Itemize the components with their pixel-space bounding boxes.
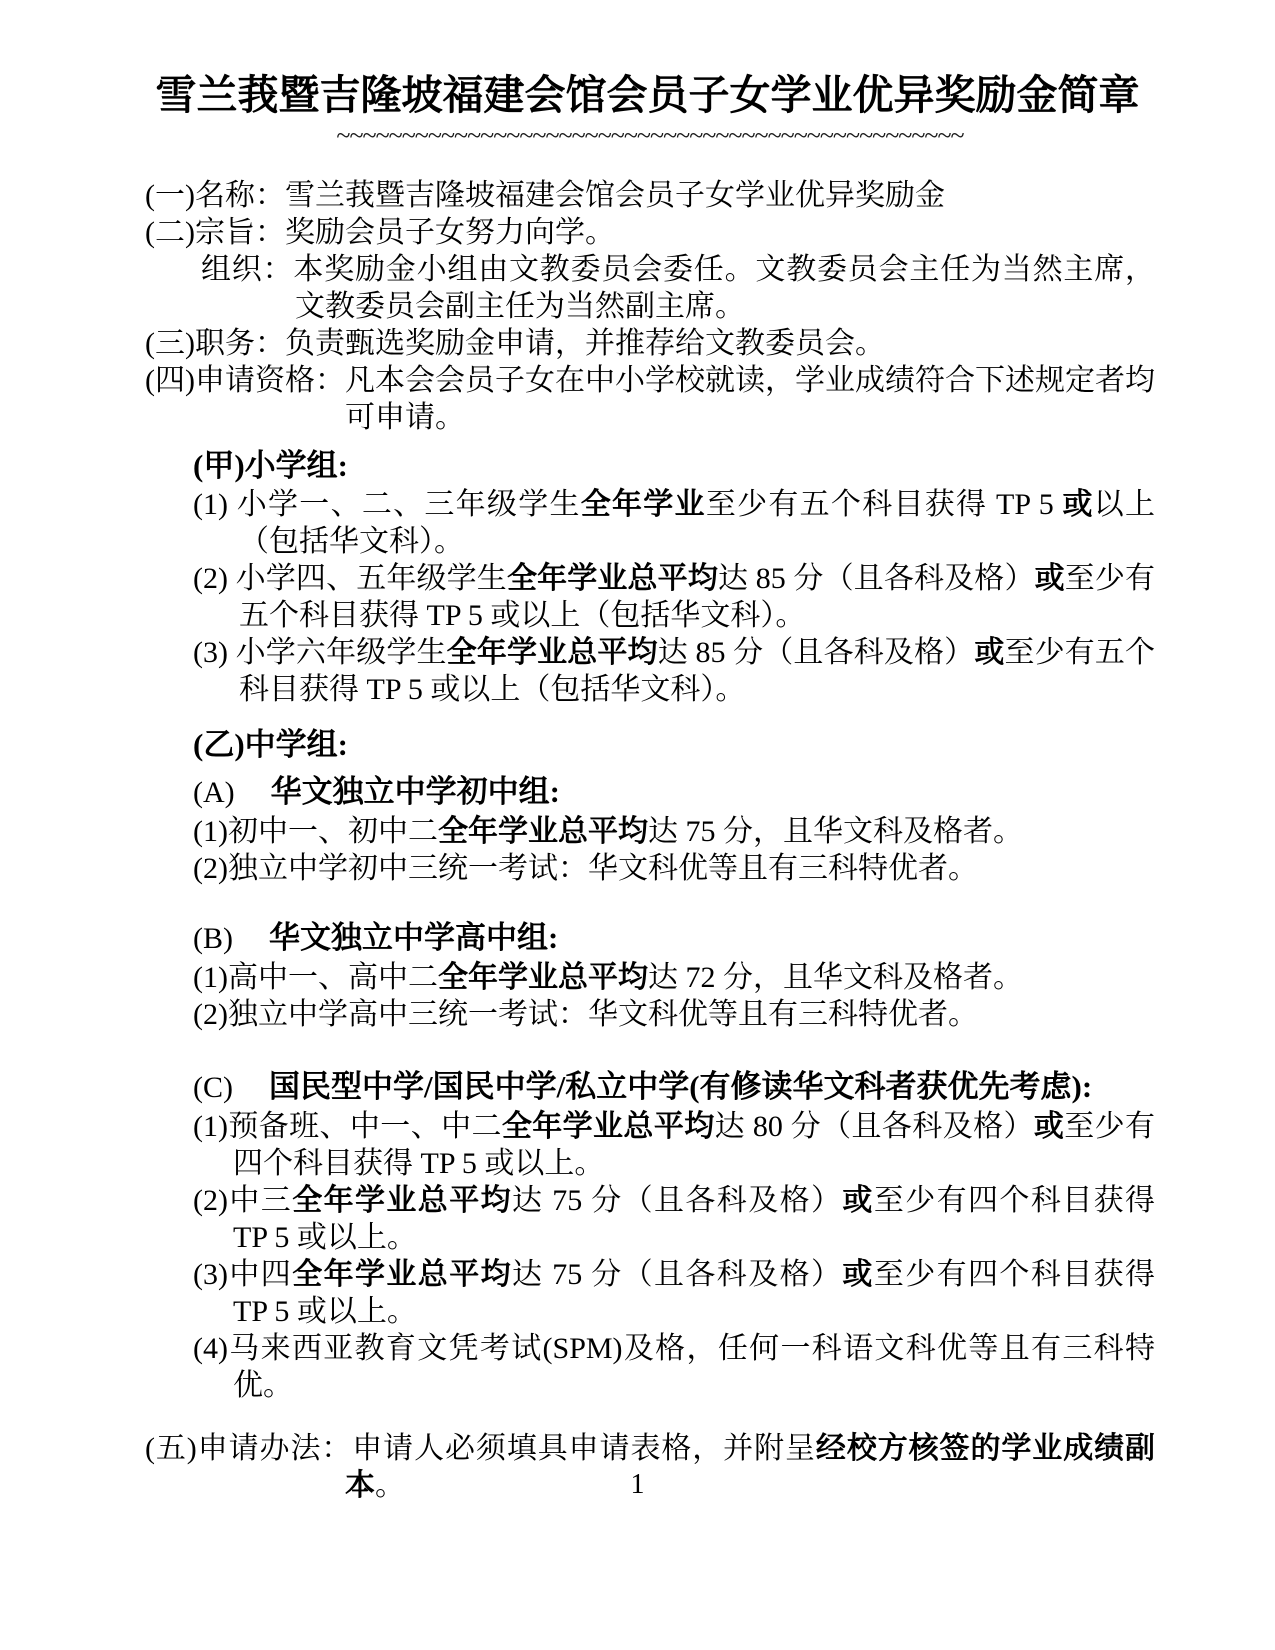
list-item-label: (1) [193,815,228,848]
document-body: (一)名称：雪兰莪暨吉隆坡福建会馆会员子女学业优异奖励金 (二)宗旨：奖励会员子… [145,177,1155,1504]
list-item-label: (2) [193,1184,228,1217]
secondary-school-heading: (乙)中学组: [193,724,1155,765]
group-heading-national-private: (C)国民型中学/国民中学/私立中学(有修读华文科者获优先考虑): [193,1066,1155,1108]
group-label: (B) [193,922,233,955]
list-item-text: 独立中学初中三统一考试：华文科优等且有三科特优者。 [228,852,978,885]
list-item-label: (1) [193,488,237,521]
list-item-text: 中三全年学业总平均达 75 分（且各科及格）或至少有四个科目获得 TP 5 或以… [228,1184,1155,1254]
list-item: (2)独立中学高中三统一考试：华文科优等且有三科特优者。 [193,996,1155,1033]
primary-school-heading: (甲)小学组: [193,445,1155,486]
document-title: 雪兰莪暨吉隆坡福建会馆会员子女学业优异奖励金简章 [140,68,1155,123]
list-item-text: 高中一、高中二全年学业总平均达 72 分，且华文科及格者。 [228,961,1023,994]
intro-text: 负责甄选奖励金申请，并推荐给文教委员会。 [285,327,885,360]
group-heading-independent-senior: (B)华文独立中学高中组: [193,917,1155,959]
intro-item-eligibility: (四)申请资格：凡本会会员子女在中小学校就读，学业成绩符合下述规定者均可申请。 [145,362,1155,436]
list-item: (1)初中一、初中二全年学业总平均达 75 分，且华文科及格者。 [193,813,1155,850]
list-item-text: 初中一、初中二全年学业总平均达 75 分，且华文科及格者。 [228,815,1023,848]
list-item-label: (4) [193,1332,228,1365]
list-item: (3)中四全年学业总平均达 75 分（且各科及格）或至少有四个科目获得 TP 5… [193,1256,1155,1330]
list-item: (1) 小学一、二、三年级学生全年学业至少有五个科目获得 TP 5 或以上（包括… [193,486,1155,560]
list-item-text: 预备班、中一、中二全年学业总平均达 80 分（且各科及格）或至少有四个科目获得 … [228,1110,1155,1180]
intro-label: (三)职务： [145,327,285,360]
page-number: 1 [0,1468,1275,1502]
intro-text: 凡本会会员子女在中小学校就读，学业成绩符合下述规定者均可申请。 [345,364,1155,434]
list-item-text: 马来西亚教育文凭考试(SPM)及格，任何一科语文科优等且有三科特优。 [228,1332,1155,1402]
list-item-text: 中四全年学业总平均达 75 分（且各科及格）或至少有四个科目获得 TP 5 或以… [228,1258,1155,1328]
list-item-label: (1) [193,1110,228,1143]
intro-label: (四)申请资格： [145,364,345,397]
group-title: 国民型中学/国民中学/私立中学(有修读华文科者获优先考虑): [269,1069,1092,1104]
method-label: (五)申请办法： [145,1432,352,1465]
intro-label: (二)宗旨： [145,216,285,249]
group-title: 华文独立中学初中组: [271,774,560,809]
primary-school-section: (甲)小学组: (1) 小学一、二、三年级学生全年学业至少有五个科目获得 TP … [193,445,1155,708]
intro-item-name: (一)名称：雪兰莪暨吉隆坡福建会馆会员子女学业优异奖励金 [145,177,1155,214]
list-item-label: (2) [193,562,236,595]
intro-text: 雪兰莪暨吉隆坡福建会馆会员子女学业优异奖励金 [285,179,945,212]
group-label: (C) [193,1071,233,1104]
intro-text: 本奖励金小组由文教委员会委任。文教委员会主任为当然主席，文教委员会副主任为当然副… [293,253,1155,323]
group-heading-independent-junior: (A)华文独立中学初中组: [193,771,1155,813]
list-item-label: (2) [193,852,228,885]
document-page: 雪兰莪暨吉隆坡福建会馆会员子女学业优异奖励金简章 ~~~~~~~~~~~~~~~… [0,0,1275,1650]
intro-text: 奖励会员子女努力向学。 [285,216,615,249]
intro-item-duty: (三)职务：负责甄选奖励金申请，并推荐给文教委员会。 [145,325,1155,362]
list-item: (4)马来西亚教育文凭考试(SPM)及格，任何一科语文科优等且有三科特优。 [193,1330,1155,1404]
list-item-text: 小学四、五年级学生全年学业总平均达 85 分（且各科及格）或至少有五个科目获得 … [236,562,1155,632]
wavy-divider: ~~~~~~~~~~~~~~~~~~~~~~~~~~~~~~~~~~~~~~~~… [145,123,1155,149]
list-item: (2) 小学四、五年级学生全年学业总平均达 85 分（且各科及格）或至少有五个科… [193,560,1155,634]
document-content: 雪兰莪暨吉隆坡福建会馆会员子女学业优异奖励金简章 ~~~~~~~~~~~~~~~… [0,0,1275,1504]
list-item: (3) 小学六年级学生全年学业总平均达 85 分（且各科及格）或至少有五个科目获… [193,634,1155,708]
list-item: (1)高中一、高中二全年学业总平均达 72 分，且华文科及格者。 [193,959,1155,996]
intro-item-purpose: (二)宗旨：奖励会员子女努力向学。 [145,214,1155,251]
intro-item-organization: 组织：本奖励金小组由文教委员会委任。文教委员会主任为当然主席，文教委员会副主任为… [201,251,1155,325]
list-item: (1)预备班、中一、中二全年学业总平均达 80 分（且各科及格）或至少有四个科目… [193,1108,1155,1182]
list-item-label: (3) [193,1258,228,1291]
secondary-school-section: (乙)中学组: (A)华文独立中学初中组: (1)初中一、初中二全年学业总平均达… [193,724,1155,1404]
group-label: (A) [193,776,235,809]
list-item-text: 小学一、二、三年级学生全年学业至少有五个科目获得 TP 5 或以上（包括华文科）… [237,488,1155,558]
list-item-label: (1) [193,961,228,994]
list-item-text: 独立中学高中三统一考试：华文科优等且有三科特优者。 [228,998,978,1031]
list-item-label: (2) [193,998,228,1031]
list-item: (2)中三全年学业总平均达 75 分（且各科及格）或至少有四个科目获得 TP 5… [193,1182,1155,1256]
intro-label: (一)名称： [145,179,285,212]
intro-label: 组织： [201,253,293,286]
list-item-text: 小学六年级学生全年学业总平均达 85 分（且各科及格）或至少有五个科目获得 TP… [236,636,1155,706]
list-item-label: (3) [193,636,236,669]
list-item: (2)独立中学初中三统一考试：华文科优等且有三科特优者。 [193,850,1155,887]
group-title: 华文独立中学高中组: [269,920,558,955]
